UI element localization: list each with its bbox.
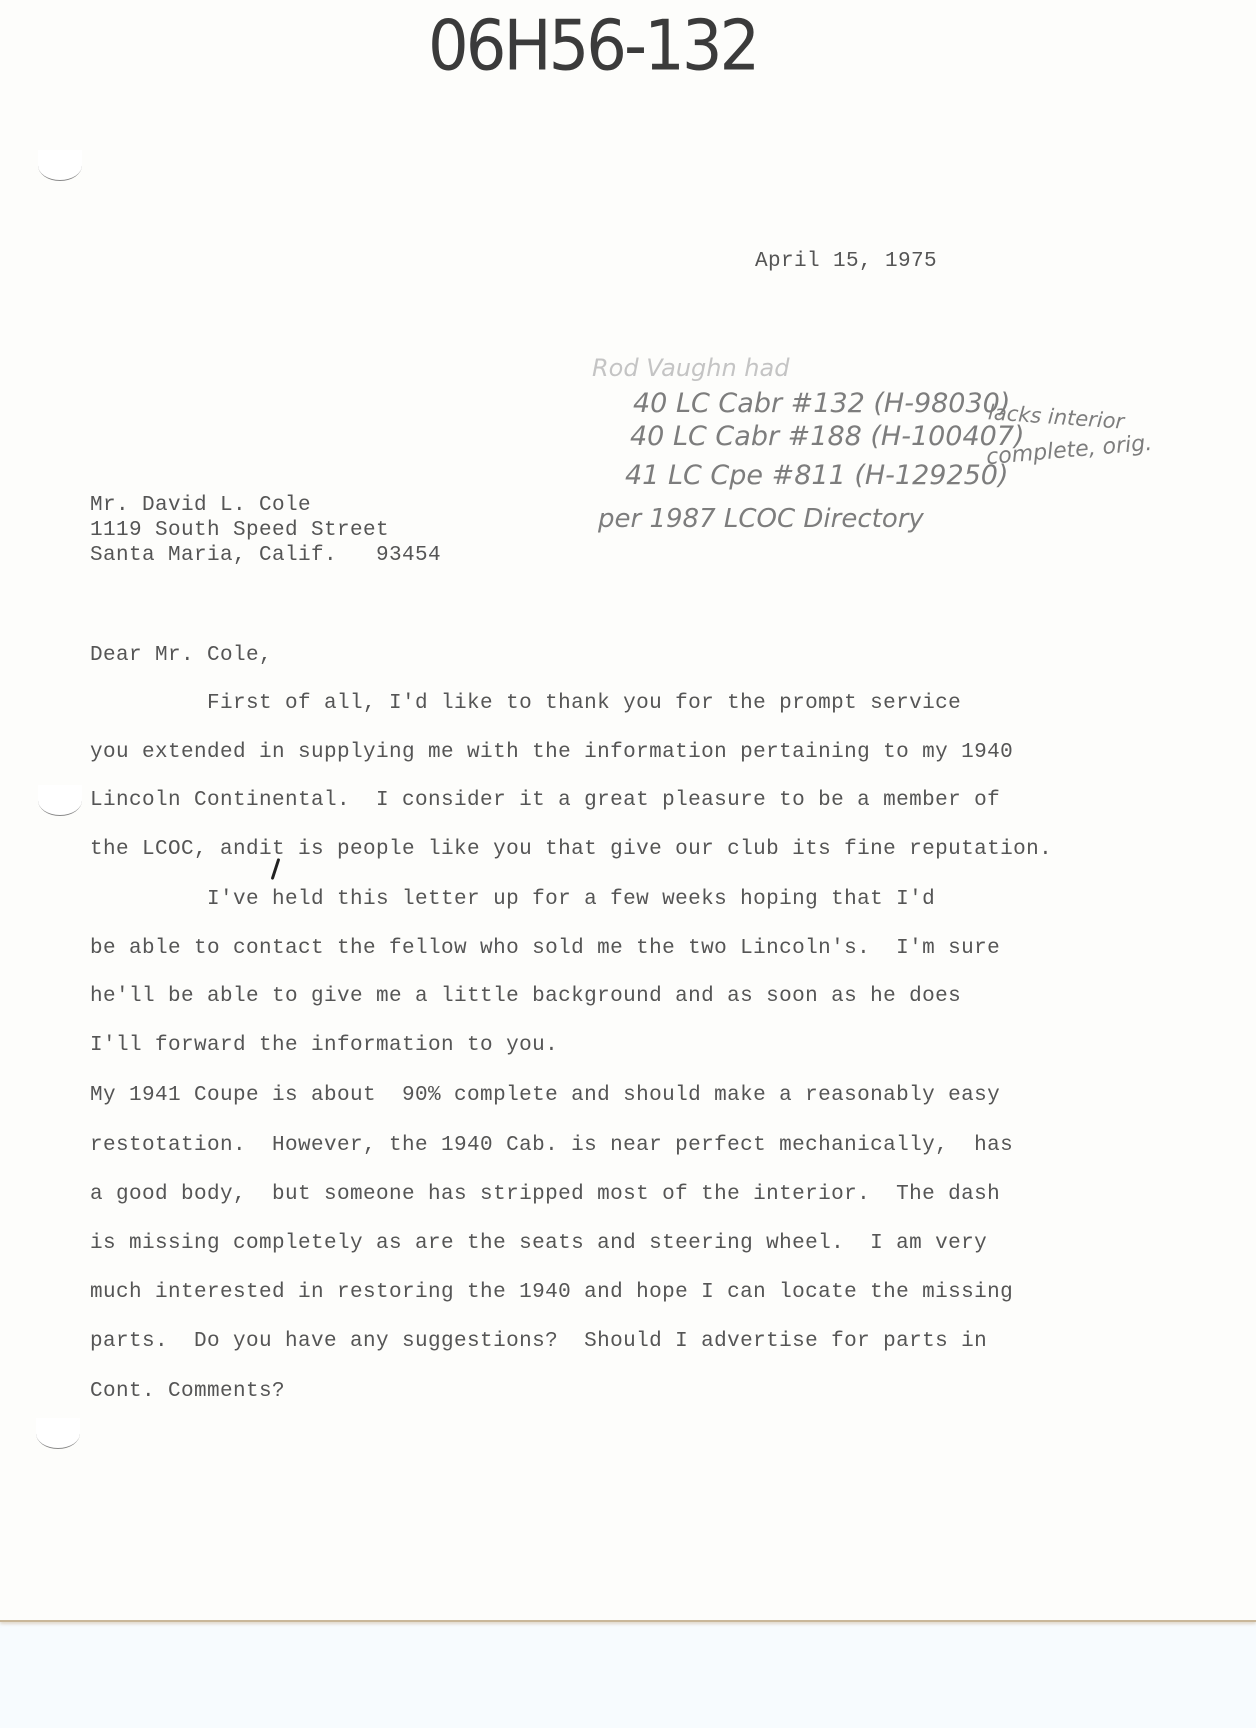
body-line: parts. Do you have any suggestions? Shou… [90,1330,987,1353]
annotation-footer: per 1987 LCOC Directory [598,504,924,534]
body-line: a good body, but someone has stripped mo… [90,1183,1000,1206]
annotation-entry: 40 LC Cabr #132 (H-98030) [633,388,1010,419]
recipient-city: Santa Maria, Calif. 93454 [90,543,441,568]
body-line: the LCOC, andit is people like you that … [90,838,1052,861]
letter-date: April 15, 1975 [755,250,937,273]
annotation-heading: Rod Vaughn had [592,354,789,382]
punch-hole [36,1418,80,1449]
body-line: be able to contact the fellow who sold m… [90,937,1000,960]
punch-hole [38,785,82,816]
recipient-address: Mr. David L. Cole1119 South Speed Street… [90,493,441,568]
letter-page: 06H56-132 April 15, 1975 Rod Vaughn had … [0,0,1256,1622]
recipient-street: 1119 South Speed Street [90,518,441,543]
handwritten-insert-mark [271,858,281,880]
body-line: is missing completely as are the seats a… [90,1232,987,1255]
body-line: Cont. Comments? [90,1380,285,1403]
body-line: Lincoln Continental. I consider it a gre… [90,789,1000,812]
body-line: much interested in restoring the 1940 an… [90,1281,1013,1304]
body-line: I'll forward the information to you. [90,1034,558,1057]
salutation: Dear Mr. Cole, [90,644,272,667]
annotation-entry: 40 LC Cabr #188 (H-100407) [630,421,1025,452]
body-line: he'll be able to give me a little backgr… [90,985,961,1008]
body-line: First of all, I'd like to thank you for … [90,692,961,715]
body-line: My 1941 Coupe is about 90% complete and … [90,1084,1000,1107]
recipient-name: Mr. David L. Cole [90,493,441,518]
body-line: I've held this letter up for a few weeks… [90,888,935,911]
annotation-entry: 41 LC Cpe #811 (H-129250) [625,460,1009,491]
body-line: you extended in supplying me with the in… [90,741,1013,764]
punch-hole [38,150,82,181]
handwritten-file-number: 06H56-132 [428,7,757,87]
body-line: restotation. However, the 1940 Cab. is n… [90,1134,1013,1157]
